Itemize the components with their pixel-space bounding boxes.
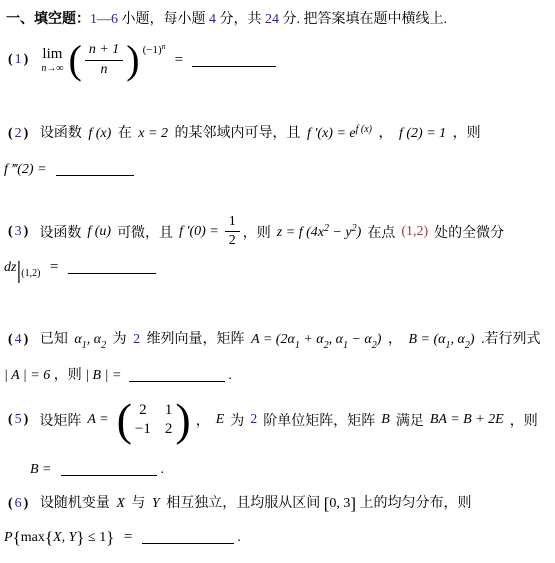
qnum-digit: 5 — [15, 412, 24, 427]
max-operator: max — [21, 530, 45, 545]
limit-operator: lim n→∞ — [41, 47, 63, 74]
lim-subscript: n→∞ — [41, 64, 63, 74]
period: . — [228, 368, 232, 383]
question-1: (1) lim n→∞ ( n + 1 n ) (−1)n = — [8, 42, 276, 78]
exam-page: 一、填空题：1—6 小题，每小题 4 分，共 24 分. 把答案填在题中横线上.… — [0, 0, 555, 563]
answer-blank-4 — [129, 368, 225, 382]
fraction: n + 1 n — [85, 42, 123, 77]
fraction-denominator: 2 — [229, 232, 236, 249]
prose-text: 设函数 — [40, 126, 82, 141]
prose-text: 已知 — [40, 332, 68, 347]
answer-blank-5 — [61, 462, 157, 476]
header-text: 分. 把答案填在题中横线上. — [279, 12, 447, 27]
section-number: 一、 — [6, 12, 34, 27]
prose-text: ，则 — [243, 222, 271, 242]
prose-text: ， — [379, 126, 393, 141]
random-variable-x: X — [116, 496, 125, 511]
section-header: 一、填空题：1—6 小题，每小题 4 分，共 24 分. 把答案填在题中横线上. — [6, 8, 447, 28]
inequality: ≤ 1 — [85, 530, 107, 545]
section-title: 填空题： — [34, 12, 90, 27]
math-expression: ) — [470, 332, 475, 347]
probability-p: P — [4, 530, 13, 545]
qnum-paren-open: ( — [8, 412, 15, 427]
question-6-line-2: P{max{X, Y} ≤ 1} = . — [4, 528, 241, 548]
question-5-line-1: (5) 设矩阵 A = ( 2 1 −1 2 ) ， E 为 2 阶单位矩阵，矩… — [8, 400, 538, 439]
qnum-digit: 4 — [15, 332, 24, 347]
math-expression: f ′(x) = ef (x) — [307, 126, 372, 141]
matrix-b-definition: B = (α1, α2) — [408, 332, 474, 347]
math-expression: f (u) — [87, 224, 111, 240]
math-expression: B = — [30, 462, 52, 477]
qnum-paren-close: ) — [24, 332, 31, 347]
prose-text: 上的均匀分布，则 — [360, 496, 472, 511]
prose-text: ，则 — [54, 368, 82, 383]
question-4-line-2: | A | = 6 ，则 | B | = . — [4, 364, 232, 384]
equals-sign: = — [175, 52, 183, 69]
z-equation: z = f (4x2 − y2) — [277, 223, 362, 241]
fraction: 1 2 — [225, 214, 240, 249]
matrix-cell: 1 — [165, 402, 173, 419]
dimension-number: 2 — [133, 332, 140, 347]
prose-text: ，则 — [453, 126, 481, 141]
exponent-power: n — [162, 42, 166, 51]
math-expression: − y — [329, 225, 352, 240]
qnum-paren-close: ) — [24, 224, 31, 239]
prose-text: 与 — [131, 496, 145, 511]
fraction-numerator: n + 1 — [85, 42, 123, 60]
period: . — [161, 462, 165, 477]
question-1-number: (1) — [8, 52, 30, 68]
prose-text: 为 — [113, 332, 127, 347]
math-expression: f (x) — [88, 126, 111, 141]
matrix-cell: −1 — [135, 421, 151, 438]
prose-text: 设函数 — [39, 222, 81, 242]
question-2-line-1: (2) 设函数 f (x) 在 x = 2 的某邻域内可导，且 f ′(x) =… — [8, 122, 481, 142]
question-2-number: (2) — [8, 126, 30, 141]
variables-xy: X, Y — [53, 530, 76, 545]
qnum-digit: 1 — [15, 52, 24, 67]
period: . — [237, 530, 241, 545]
prose-text: 在 — [118, 126, 132, 141]
close-brace: } — [106, 528, 114, 547]
answer-blank-1 — [192, 53, 276, 67]
math-expression: A = — [87, 412, 108, 428]
math-expression: A = (2α — [251, 332, 295, 347]
close-paren: ) — [126, 42, 139, 78]
close-bracket: ] — [350, 494, 356, 513]
interval: [0, 3] — [324, 496, 356, 511]
qnum-paren-open: ( — [8, 332, 15, 347]
matrix-entries: 2 1 −1 2 — [135, 402, 172, 438]
question-5-number: (5) — [8, 412, 30, 428]
prose-text: 阶单位矩阵，矩阵 — [263, 410, 375, 430]
determinant-a: | A | = 6 — [4, 368, 50, 383]
qnum-paren-open: ( — [8, 224, 15, 239]
prose-text: 满足 — [396, 410, 424, 430]
prose-text: ， — [196, 410, 210, 430]
fraction-denominator: n — [101, 61, 108, 78]
question-3-line-2: dz|(1,2) = — [4, 258, 156, 285]
qnum-paren-close: ) — [24, 126, 31, 141]
subscript: 2 — [101, 340, 106, 351]
qnum-digit: 6 — [15, 496, 24, 511]
math-expression: x = 2 — [138, 126, 168, 141]
prose-text: 设随机变量 — [40, 496, 110, 511]
question-3-number: (3) — [8, 224, 30, 240]
question-6-line-1: (6) 设随机变量 X 与 Y 相互独立，且均服从区间 [0, 3] 上的均匀分… — [8, 492, 472, 514]
answer-blank-3 — [68, 260, 156, 274]
open-brace: { — [45, 528, 53, 547]
qnum-paren-open: ( — [8, 52, 15, 67]
total-points: 24 — [265, 12, 279, 27]
equals-sign: = — [124, 529, 132, 545]
matrix-open-paren: ( — [117, 400, 132, 439]
math-expression: f ‴(2) = — [4, 162, 47, 177]
matrix-close-paren: ) — [175, 400, 190, 439]
question-6-number: (6) — [8, 496, 30, 511]
qnum-digit: 2 — [15, 126, 24, 141]
prose-text: .若行列式 — [481, 332, 541, 347]
f-prime-equation: f ′(x) = e — [307, 126, 356, 141]
math-expression: + α — [300, 332, 324, 347]
header-text: 小题，每小题 — [118, 12, 209, 27]
math-expression: z = f (4x — [277, 225, 324, 240]
question-2-line-2: f ‴(2) = — [4, 162, 134, 178]
determinant-b: | B | = — [85, 368, 121, 383]
answer-blank-6 — [142, 530, 234, 544]
header-text: 分，共 — [216, 12, 265, 27]
qnum-paren-open: ( — [8, 496, 15, 511]
math-expression: f ′(0) = — [179, 224, 219, 240]
order-number: 2 — [250, 412, 257, 428]
qnum-paren-close: ) — [24, 496, 31, 511]
qnum-paren-close: ) — [24, 52, 31, 67]
prose-text: ， — [388, 332, 402, 347]
math-expression: , α — [87, 332, 101, 347]
subscript: (1,2) — [21, 268, 40, 279]
equals-sign: = — [50, 259, 58, 275]
matrix-cell: 2 — [139, 402, 147, 419]
matrix-b: B — [381, 412, 390, 428]
math-expression: f (2) = 1 — [399, 126, 446, 141]
question-4-line-1: (4) 已知 α1, α2 为 2 维列向量，矩阵 A = (2α1 + α2,… — [8, 328, 541, 351]
math-expression: ) — [357, 225, 362, 240]
exponent-base: (−1) — [143, 44, 162, 56]
prose-text: 维列向量，矩阵 — [147, 332, 245, 347]
points-per-question: 4 — [209, 12, 216, 27]
prose-text: 可微，且 — [117, 222, 173, 242]
matrix-2x2: ( 2 1 −1 2 ) — [117, 400, 191, 439]
qnum-paren-open: ( — [8, 126, 15, 141]
identity-matrix-e: E — [216, 412, 225, 428]
lim-text: lim — [42, 47, 62, 62]
answer-blank-2 — [56, 162, 134, 176]
math-expression: α — [74, 332, 81, 347]
superscript: f (x) — [356, 124, 372, 135]
exponent: (−1)n — [143, 44, 166, 56]
matrix-a-definition: A = (2α1 + α2, α1 − α2) — [251, 332, 381, 347]
point-coordinates: (1,2) — [401, 224, 428, 240]
math-expression: , α — [329, 332, 343, 347]
close-brace: } — [76, 528, 84, 547]
math-expression: , α — [450, 332, 464, 347]
question-range: 1—6 — [90, 12, 118, 27]
matrix-equation: BA = B + 2E — [430, 412, 504, 428]
math-expression: − α — [348, 332, 372, 347]
alpha-vectors: α1, α2 — [74, 332, 106, 347]
question-4-number: (4) — [8, 332, 30, 347]
fraction-numerator: 1 — [225, 214, 240, 232]
prose-text: 在点 — [367, 222, 395, 242]
qnum-paren-close: ) — [24, 412, 31, 427]
question-5-line-2: B = . — [30, 462, 164, 478]
random-variable-y: Y — [152, 496, 160, 511]
prose-text: ，则 — [510, 410, 538, 430]
open-paren: ( — [68, 42, 81, 78]
prose-text: 为 — [230, 410, 244, 430]
math-expression: B = (α — [408, 332, 445, 347]
math-expression: ) — [377, 332, 382, 347]
prose-text: 处的全微分 — [434, 222, 504, 242]
interval-values: 0, 3 — [329, 496, 350, 511]
prose-text: 设矩阵 — [39, 410, 81, 430]
prose-text: 的某邻域内可导，且 — [174, 126, 300, 141]
matrix-cell: 2 — [165, 421, 173, 438]
open-brace: { — [13, 528, 21, 547]
qnum-digit: 3 — [15, 224, 24, 239]
prose-text: 相互独立，且均服从区间 — [166, 496, 320, 511]
question-3-line-1: (3) 设函数 f (u) 可微，且 f ′(0) = 1 2 ，则 z = f… — [8, 214, 504, 249]
differential-dz: dz — [4, 260, 16, 275]
